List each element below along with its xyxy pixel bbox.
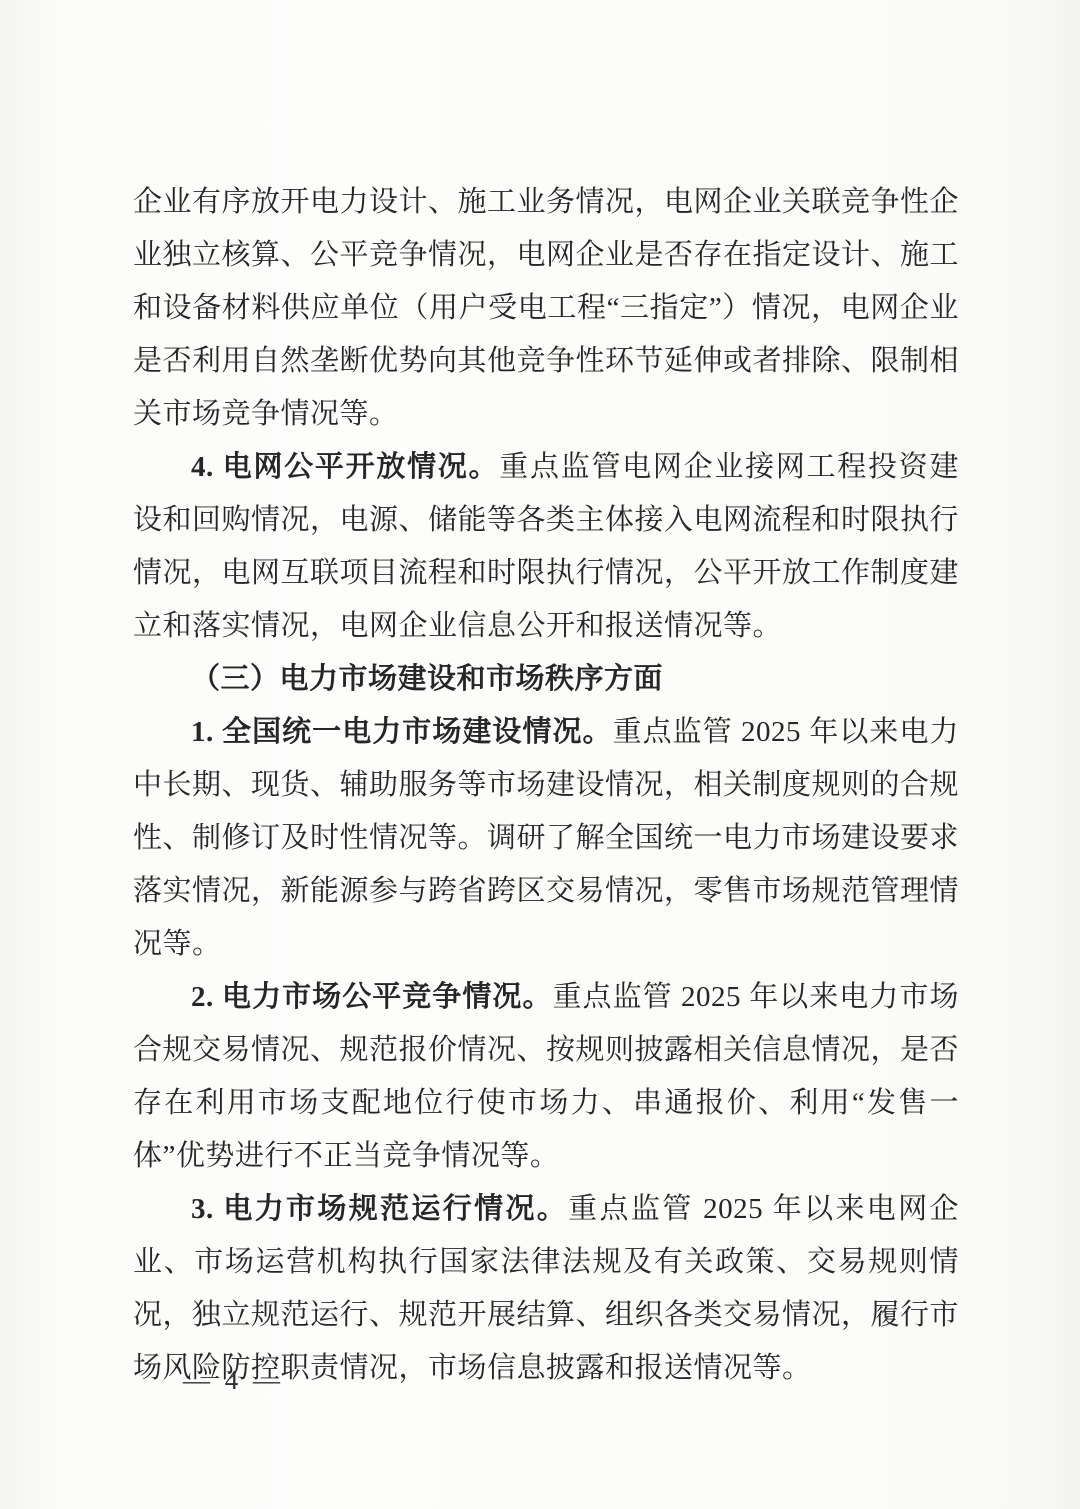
- section-heading-text: （三）电力市场建设和市场秩序方面: [191, 663, 663, 695]
- page-number: — 4 —: [183, 1360, 284, 1400]
- paragraph-text: 企业有序放开电力设计、施工业务情况，电网企业关联竞争性企业独立核算、公平竞争情况…: [133, 186, 959, 430]
- paragraph-lead: 4. 电网公平开放情况。: [191, 451, 499, 483]
- paragraph-item-4-grid-fair-open: 4. 电网公平开放情况。重点监管电网企业接网工程投资建设和回购情况，电源、储能等…: [133, 441, 959, 653]
- paragraph-lead: 2. 电力市场公平竞争情况。: [191, 981, 553, 1013]
- document-body: 企业有序放开电力设计、施工业务情况，电网企业关联竞争性企业独立核算、公平竞争情况…: [133, 176, 959, 1395]
- paragraph-item-2-fair-competition: 2. 电力市场公平竞争情况。重点监管 2025 年以来电力市场合规交易情况、规范…: [133, 971, 959, 1183]
- paragraph-lead: 1. 全国统一电力市场建设情况。: [191, 716, 613, 748]
- paragraph-lead: 3. 电力市场规范运行情况。: [191, 1193, 568, 1225]
- section-heading-market-construction: （三）电力市场建设和市场秩序方面: [133, 653, 959, 706]
- paragraph-continuation: 企业有序放开电力设计、施工业务情况，电网企业关联竞争性企业独立核算、公平竞争情况…: [133, 176, 959, 441]
- paragraph-item-1-national-market: 1. 全国统一电力市场建设情况。重点监管 2025 年以来电力中长期、现货、辅助…: [133, 706, 959, 971]
- paragraph-text: 重点监管 2025 年以来电力中长期、现货、辅助服务等市场建设情况，相关制度规则…: [133, 716, 959, 960]
